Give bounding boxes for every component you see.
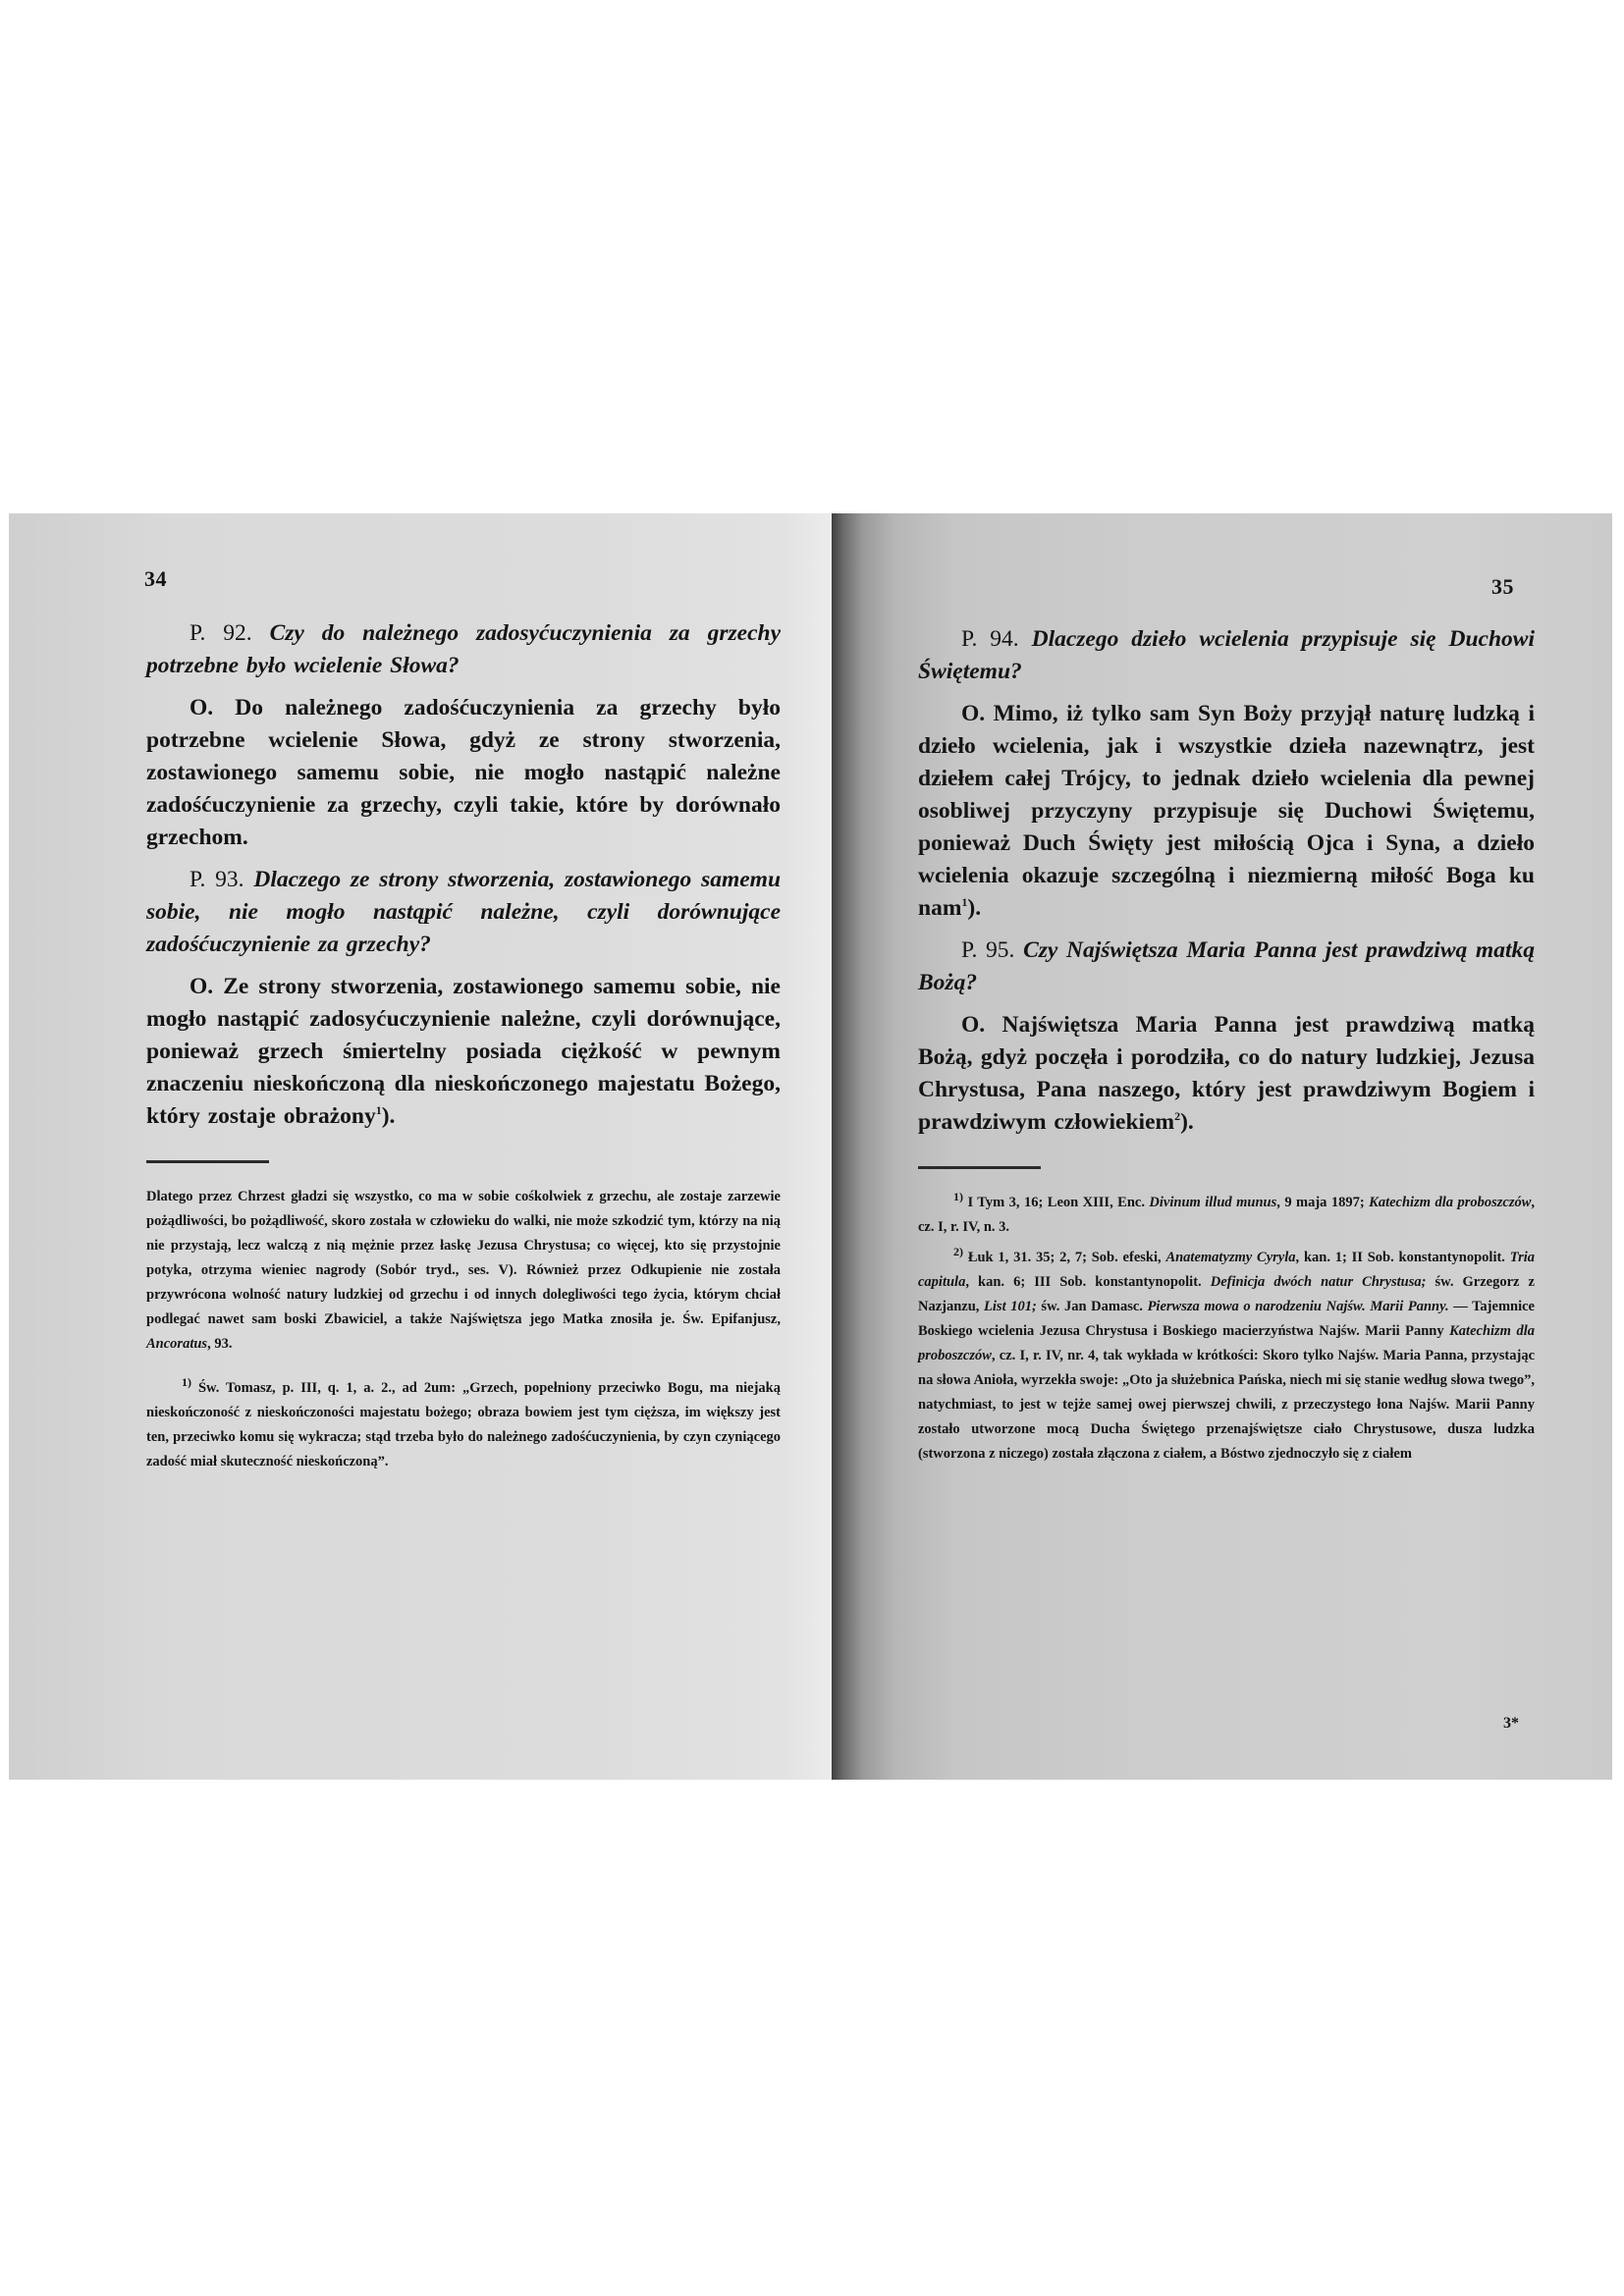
signature-mark: 3* [1503, 1715, 1519, 1733]
page-number-left: 34 [144, 566, 167, 592]
right-page-body: P. 94. Dlaczego dzieło wcielenia przypis… [918, 623, 1535, 1472]
answer-95: O. Najświętsza Maria Panna jest prawdziw… [918, 1009, 1535, 1139]
footnote-divider [146, 1160, 269, 1163]
answer-text: O. Ze strony stworzenia, zostawionego sa… [146, 974, 781, 1129]
question-93: P. 93. Dlaczego ze strony stworzenia, zo… [146, 864, 781, 961]
question-94: P. 94. Dlaczego dzieło wcielenia przypis… [918, 623, 1535, 688]
question-95: P. 95. Czy Najświętsza Maria Panna jest … [918, 934, 1535, 999]
right-footnotes: 1) I Tym 3, 16; Leon XIII, Enc. Divinum … [918, 1191, 1535, 1467]
footnote-text: Łuk 1, 31. 35; 2, 7; Sob. efeski, [968, 1250, 1166, 1265]
footnote-text: św. Jan Damasc. [1037, 1299, 1148, 1314]
answer-93: O. Ze strony stworzenia, zostawionego sa… [146, 971, 781, 1133]
footnote-text: , kan. 1; II Sob. konstantynopolit. [1296, 1250, 1510, 1265]
answer-tail: ). [967, 895, 981, 921]
citation-title: Definicja dwóch natur Chrystusa; [1211, 1274, 1427, 1290]
citation-title: Anatematyzmy Cyryla [1165, 1250, 1295, 1265]
page-number-right: 35 [1491, 574, 1514, 600]
answer-text: O. Najświętsza Maria Panna jest prawdziw… [918, 1012, 1535, 1135]
left-footnotes: Dlatego przez Chrzest gładzi się wszystk… [146, 1185, 781, 1474]
footnote-1: 1) I Tym 3, 16; Leon XIII, Enc. Divinum … [918, 1191, 1535, 1240]
footnote-text: , kan. 6; III Sob. konstantynopolit. [965, 1274, 1210, 1290]
footnote-text: , 9 maja 1897; [1276, 1195, 1369, 1210]
citation-title: Pierwsza mowa o narodzeniu Najśw. Marii … [1148, 1299, 1449, 1314]
answer-text: O. Mimo, iż tylko sam Syn Boży przyjął n… [918, 701, 1535, 921]
footnote-text: I Tym 3, 16; Leon XIII, Enc. [967, 1195, 1149, 1210]
footnote-marker: 1) [182, 1375, 191, 1389]
footnote-italic: Ancoratus [146, 1336, 207, 1352]
citation-title: Katechizm dla proboszczów [1369, 1195, 1531, 1210]
footnote-text: Dlatego przez Chrzest gładzi się wszystk… [146, 1189, 781, 1327]
footnote-continuation: Dlatego przez Chrzest gładzi się wszystk… [146, 1185, 781, 1357]
answer-92: O. Do należnego zadośćuczynienia za grze… [146, 692, 781, 854]
footnote-1: 1) Św. Tomasz, p. III, q. 1, a. 2., ad 2… [146, 1376, 781, 1474]
footnote-text: Św. Tomasz, p. III, q. 1, a. 2., ad 2um:… [146, 1380, 781, 1469]
footnote-text: , cz. I, r. IV, nr. 4, tak wykłada w kró… [918, 1348, 1535, 1462]
answer-tail: ). [1180, 1109, 1194, 1135]
question-label: P. 94. [961, 626, 1019, 652]
footnote-divider [918, 1166, 1041, 1169]
left-page-body: P. 92. Czy do należnego zadosyćuczynieni… [146, 617, 781, 1480]
answer-tail: ). [382, 1103, 396, 1129]
book-scan: 34 P. 92. Czy do należnego zadosyćuczyni… [9, 513, 1612, 1780]
question-label: P. 93. [189, 867, 244, 892]
citation-title: Divinum illud munus [1149, 1195, 1276, 1210]
footnote-marker: 2) [953, 1245, 963, 1258]
citation-title: List 101; [984, 1299, 1037, 1314]
answer-94: O. Mimo, iż tylko sam Syn Boży przyjął n… [918, 698, 1535, 925]
footnote-tail: , 93. [207, 1336, 232, 1352]
left-page: 34 P. 92. Czy do należnego zadosyćuczyni… [9, 513, 832, 1780]
footnote-marker: 1) [953, 1190, 963, 1203]
footnote-2: 2) Łuk 1, 31. 35; 2, 7; Sob. efeski, Ana… [918, 1246, 1535, 1467]
question-label: P. 92. [189, 620, 252, 646]
question-label: P. 95. [961, 937, 1014, 963]
question-92: P. 92. Czy do należnego zadosyćuczynieni… [146, 617, 781, 682]
right-page: 35 P. 94. Dlaczego dzieło wcielenia przy… [832, 513, 1612, 1780]
